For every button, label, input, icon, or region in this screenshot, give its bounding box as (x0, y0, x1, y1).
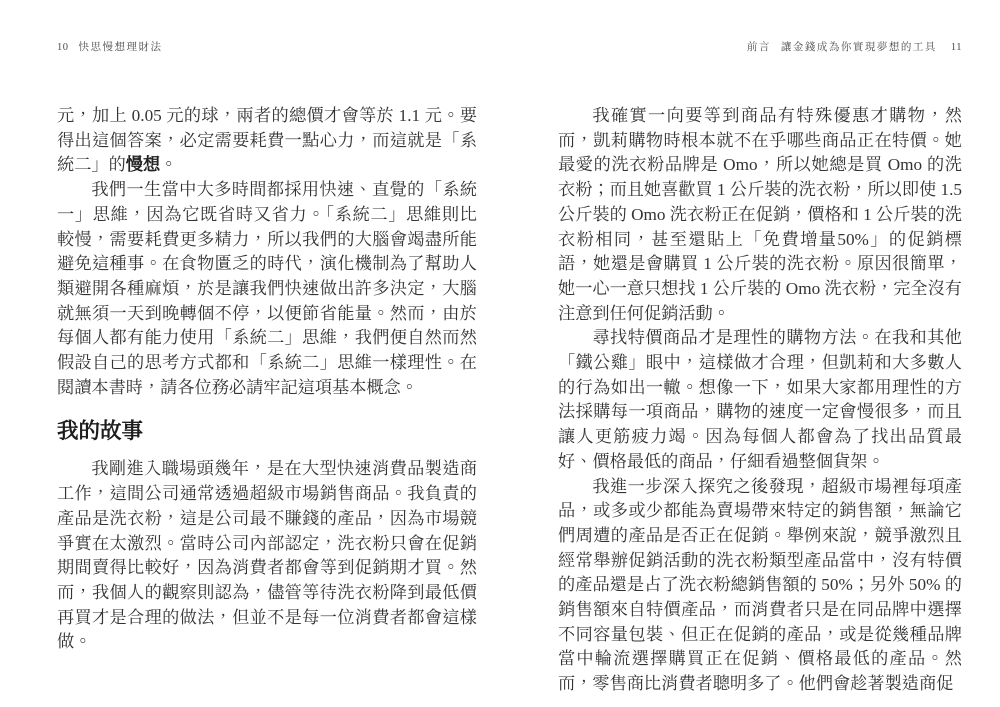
left-page: 10快思慢想理財法 元，加上 0.05 元的球，兩者的總價才會等於 1.1 元。… (57, 0, 477, 707)
right-page-number: 11 (951, 42, 962, 53)
body-text: 元，加上 0.05 元的球，兩者的總價才會等於 1.1 元。要得出這個答案，必定… (57, 106, 477, 174)
body-text: 我們一生當中大多時間都採用快速、直覺的「系統一」思維，因為它既省時又省力。「系統… (57, 180, 477, 397)
book-spread: 10快思慢想理財法 元，加上 0.05 元的球，兩者的總價才會等於 1.1 元。… (0, 0, 1000, 707)
book-title: 快思慢想理財法 (79, 42, 163, 53)
paragraph: 我確實一向要等到商品有特殊優惠才購物，然而，凱莉購物時根本就不在乎哪些商品正在特… (558, 104, 962, 326)
section-heading: 我的故事 (57, 417, 477, 446)
paragraph: 我剛進入職場頭幾年，是在大型快速消費品製造商工作，這間公司通常透過超級市場銷售商… (57, 457, 477, 655)
right-page-body: 我確實一向要等到商品有特殊優惠才購物，然而，凱莉購物時根本就不在乎哪些商品正在特… (558, 104, 962, 697)
body-text: 我剛進入職場頭幾年，是在大型快速消費品製造商工作，這間公司通常透過超級市場銷售商… (57, 459, 477, 651)
left-page-body: 元，加上 0.05 元的球，兩者的總價才會等於 1.1 元。要得出這個答案，必定… (57, 104, 477, 655)
left-page-number: 10 (57, 42, 69, 53)
right-page: 前言讓金錢成為你實現夢想的工具11 我確實一向要等到商品有特殊優惠才購物，然而，… (558, 0, 962, 707)
chapter-title: 讓金錢成為你實現夢想的工具 (781, 42, 937, 53)
body-text: 我確實一向要等到商品有特殊優惠才購物，然而，凱莉購物時根本就不在乎哪些商品正在特… (558, 106, 962, 323)
bold-text: 慢想 (126, 155, 160, 174)
right-running-head: 前言讓金錢成為你實現夢想的工具11 (558, 41, 962, 55)
body-text: 我進一步深入探究之後發現，超級市場裡每項產品，或多或少都能為賣場帶來特定的銷售額… (558, 477, 962, 694)
paragraph: 我進一步深入探究之後發現，超級市場裡每項產品，或多或少都能為賣場帶來特定的銷售額… (558, 475, 962, 697)
paragraph: 我們一生當中大多時間都採用快速、直覺的「系統一」思維，因為它既省時又省力。「系統… (57, 178, 477, 400)
section-label: 前言 (747, 42, 771, 53)
paragraph: 尋找特價商品才是理性的購物方法。在我和其他「鐵公雞」眼中，這樣做才合理，但凱莉和… (558, 326, 962, 474)
left-running-head: 10快思慢想理財法 (57, 41, 477, 55)
body-text: 。 (160, 155, 177, 174)
body-text: 尋找特價商品才是理性的購物方法。在我和其他「鐵公雞」眼中，這樣做才合理，但凱莉和… (558, 328, 962, 471)
paragraph: 元，加上 0.05 元的球，兩者的總價才會等於 1.1 元。要得出這個答案，必定… (57, 104, 477, 178)
